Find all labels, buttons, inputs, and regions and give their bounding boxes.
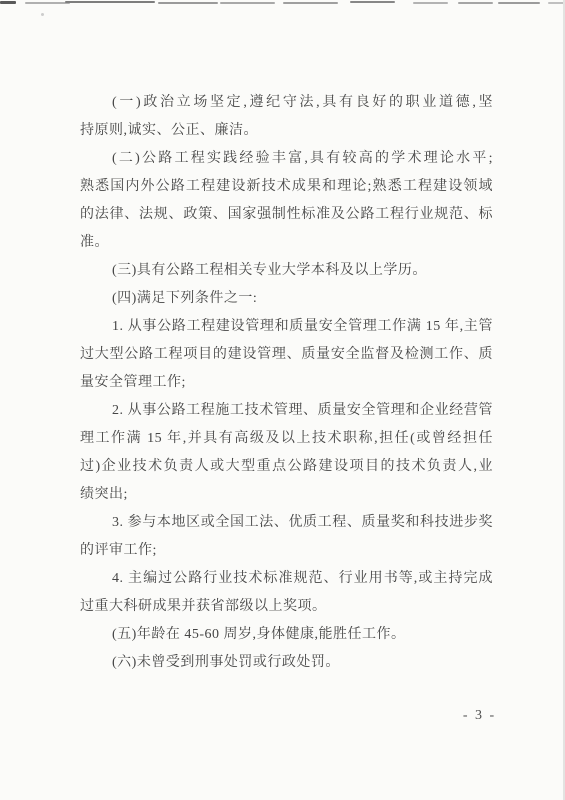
text-line: 过重大科研成果并获省部级以上奖项。 <box>80 593 493 621</box>
scan-artifact-segment <box>0 1 16 4</box>
text-line: 理工作满 15 年,并具有高级及以上技术职称,担任(或曾经担任 <box>80 425 493 453</box>
scan-artifact-segment <box>25 2 70 4</box>
scan-speck <box>41 13 44 16</box>
text-line: 准。 <box>80 229 493 257</box>
scan-artifact-segment <box>498 2 540 4</box>
text-line: (一)政治立场坚定,遵纪守法,具有良好的职业道德,坚 <box>80 89 493 117</box>
scan-artifact-segment <box>65 1 155 3</box>
text-line: 持原则,诚实、公正、廉洁。 <box>80 117 493 145</box>
text-line: 量安全管理工作; <box>80 369 493 397</box>
text-line: 过大型公路工程项目的建设管理、质量安全监督及检测工作、质 <box>80 341 493 369</box>
text-line: (五)年龄在 45-60 周岁,身体健康,能胜任工作。 <box>80 621 493 649</box>
text-line: 1. 从事公路工程建设管理和质量安全管理工作满 15 年,主管 <box>80 313 493 341</box>
text-line: (三)具有公路工程相关专业大学本科及以上学历。 <box>80 257 493 285</box>
text-line: 熟悉国内外公路工程建设新技术成果和理论;熟悉工程建设领域 <box>80 173 493 201</box>
scan-artifact-segment <box>220 2 275 4</box>
page-number: - 3 - <box>452 708 507 724</box>
text-line: 4. 主编过公路行业技术标准规范、行业用书等,或主持完成 <box>80 565 493 593</box>
scan-artifact-segment <box>350 1 395 3</box>
text-block: (一)政治立场坚定,遵纪守法,具有良好的职业道德,坚持原则,诚实、公正、廉洁。(… <box>80 89 493 677</box>
scan-artifact-segment <box>413 2 448 4</box>
text-line: (六)未曾受到刑事处罚或行政处罚。 <box>80 649 493 677</box>
text-line: 3. 参与本地区或全国工法、优质工程、质量奖和科技进步奖 <box>80 509 493 537</box>
text-line: 2. 从事公路工程施工技术管理、质量安全管理和企业经营管 <box>80 397 493 425</box>
text-line: 过)企业技术负责人或大型重点公路建设项目的技术负责人,业 <box>80 453 493 481</box>
scan-artifact-segment <box>283 2 338 4</box>
scan-artifact-segment <box>158 2 218 4</box>
text-line: 的评审工作; <box>80 537 493 565</box>
text-line: 的法律、法规、政策、国家强制性标准及公路工程行业规范、标 <box>80 201 493 229</box>
text-line: (二)公路工程实践经验丰富,具有较高的学术理论水平; <box>80 145 493 173</box>
text-line: (四)满足下列条件之一: <box>80 285 493 313</box>
scan-artifact-segment <box>458 2 493 4</box>
document-page: (一)政治立场坚定,遵纪守法,具有良好的职业道德,坚持原则,诚实、公正、廉洁。(… <box>0 0 565 800</box>
text-line: 绩突出; <box>80 481 493 509</box>
